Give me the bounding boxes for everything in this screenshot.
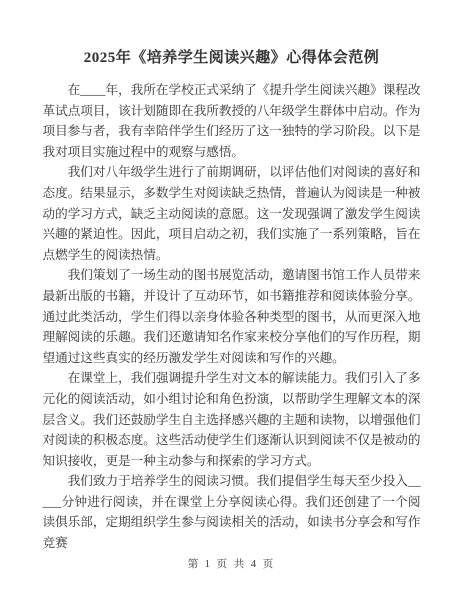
page-number-footer: 第 1 页 共 4 页: [0, 556, 463, 571]
paragraph: 在____年，我所在学校正式采纳了《提升学生阅读兴趣》课程改革试点项目，该计划随…: [43, 80, 421, 162]
paragraph: 我们策划了一场生动的图书展览活动，邀请图书馆工作人员带来最新出版的书籍，并设计了…: [43, 265, 421, 368]
document-body: 在____年，我所在学校正式采纳了《提升学生阅读兴趣》课程改革试点项目，该计划随…: [43, 80, 421, 554]
document-title: 2025年《培养学生阅读兴趣》心得体会范例: [0, 0, 463, 68]
paragraph: 我们致力于培养学生的阅读习惯。我们提倡学生每天至少投入_____分钟进行阅读，并…: [43, 471, 421, 553]
paragraph: 我们对八年级学生进行了前期调研，以评估他们对阅读的喜好和态度。结果显示，多数学生…: [43, 162, 421, 265]
document-page: 2025年《培养学生阅读兴趣》心得体会范例 在____年，我所在学校正式采纳了《…: [0, 0, 463, 600]
paragraph: 在课堂上，我们强调提升学生对文本的解读能力。我们引入了多元化的阅读活动，如小组讨…: [43, 368, 421, 471]
